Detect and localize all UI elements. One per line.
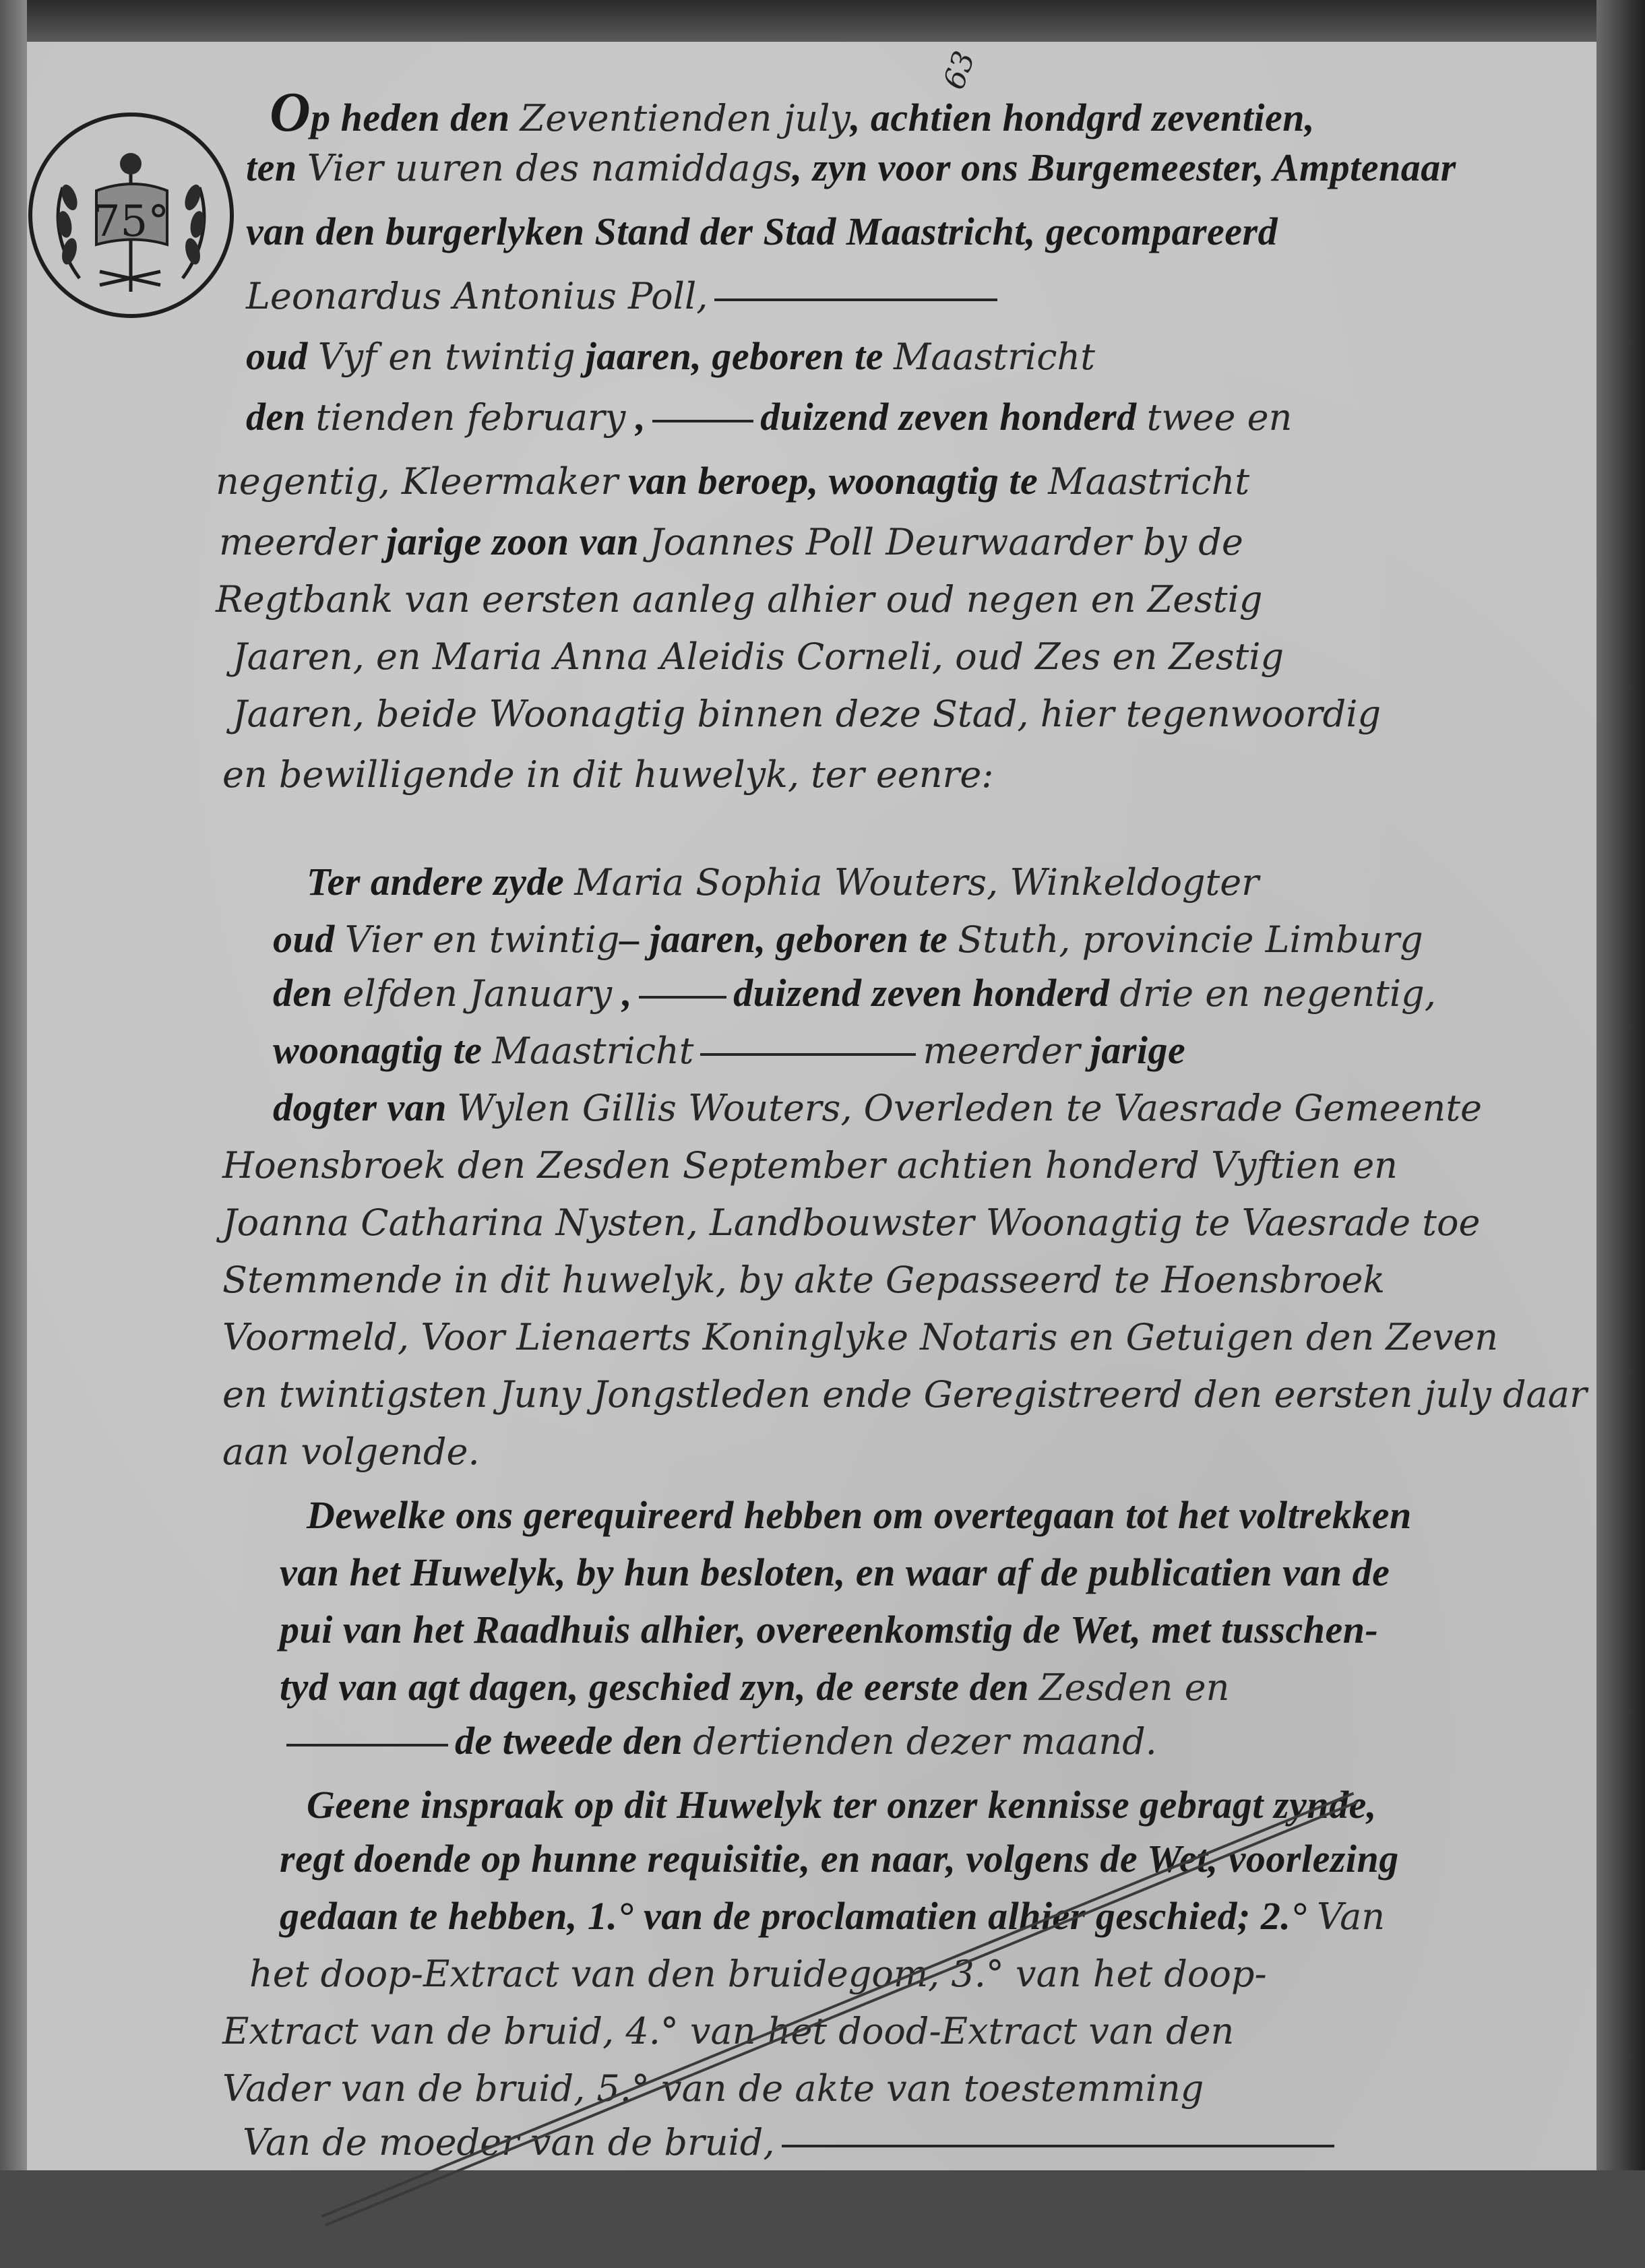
- handwritten-text: Regtbank van eersten aanleg alhier oud n…: [216, 578, 1262, 621]
- handwritten-text: het doop-Extract van den bruidegom, 3.° …: [249, 1953, 1267, 1995]
- document-line: ten Vier uuren des namiddags, zyn voor o…: [246, 148, 1456, 187]
- document-line: Extract van de bruid, 4.° van het dood-E…: [222, 2011, 1234, 2050]
- document-line: Jaaren, en Maria Anna Aleidis Corneli, o…: [232, 637, 1284, 676]
- document-line: pui van het Raadhuis alhier, overeenkoms…: [280, 1610, 1378, 1649]
- handwritten-text: meerder: [219, 521, 376, 563]
- handwritten-text: Stuth, provincie Limburg: [958, 918, 1423, 961]
- printed-text: van den burgerlyken Stand der Stad Maast…: [246, 210, 1278, 253]
- handwritten-text: Hoensbroek den Zesden September achtien …: [222, 1144, 1398, 1187]
- handwritten-text: meerder: [923, 1030, 1080, 1072]
- document-line: oud Vyf en twintig jaaren, geboren te Ma…: [246, 337, 1095, 376]
- blank-fill-rule: [700, 1053, 916, 1056]
- document-line: van den burgerlyken Stand der Stad Maast…: [246, 212, 1278, 251]
- document-line: het doop-Extract van den bruidegom, 3.° …: [249, 1954, 1267, 1993]
- document-line: Leonardus Antonius Poll,: [246, 276, 1004, 315]
- handwritten-text: Van: [1317, 1895, 1385, 1938]
- handwritten-text: tienden february: [316, 396, 626, 439]
- handwritten-text: Maastricht: [1048, 460, 1249, 503]
- handwritten-text: drie en negentig,: [1119, 972, 1435, 1015]
- handwritten-text: Voormeld, Voor Lienaerts Koninglyke Nota…: [222, 1316, 1498, 1358]
- blank-fill-rule: [639, 996, 726, 999]
- handwritten-text: Maria Sophia Wouters, Winkeldogter: [574, 861, 1259, 904]
- document-line: Jaaren, beide Woonagtig binnen deze Stad…: [232, 694, 1381, 733]
- handwritten-text: Vader van de bruid, 5.° van de akte van …: [222, 2067, 1204, 2110]
- printed-text: ,: [612, 971, 632, 1015]
- document-line: woonagtig te Maastrichtmeerder jarige: [273, 1031, 1185, 1070]
- printed-text: Dewelke ons gerequireerd hebben om overt…: [307, 1493, 1412, 1537]
- handwritten-text: Joannes Poll Deurwaarder by de: [649, 521, 1243, 563]
- handwritten-text: Vier en twintig: [345, 918, 620, 961]
- document-line: den elfden January ,duizend zeven honder…: [273, 974, 1436, 1013]
- blank-fill-rule: [714, 298, 997, 301]
- document-line: den tienden february ,duizend zeven hond…: [246, 398, 1292, 437]
- printed-text: jarige: [1080, 1028, 1186, 1072]
- document-line: aan volgende.: [222, 1432, 480, 1471]
- printed-text: pui van het Raadhuis alhier, overeenkoms…: [280, 1608, 1378, 1651]
- document-line: Regtbank van eersten aanleg alhier oud n…: [216, 579, 1262, 619]
- printed-text: ,: [625, 395, 646, 439]
- printed-text: – jaaren, geboren te: [619, 917, 958, 961]
- printed-text: Ter andere zyde: [307, 860, 574, 904]
- printed-text: jaaren, geboren te: [576, 334, 894, 378]
- document-line: Van de moeder van de bruid,: [243, 2122, 1341, 2162]
- blank-fill-rule: [782, 2145, 1334, 2147]
- handwritten-text: negentig, Kleermaker: [216, 460, 618, 503]
- document-line: Vader van de bruid, 5.° van de akte van …: [222, 2069, 1204, 2108]
- handwritten-text: Jaaren, en Maria Anna Aleidis Corneli, o…: [232, 635, 1284, 678]
- printed-text: de tweede den: [455, 1719, 693, 1763]
- document-line: dogter van Wylen Gillis Wouters, Overled…: [273, 1088, 1482, 1127]
- document-line: gedaan te hebben, 1.° van de proclamatie…: [280, 1897, 1385, 1936]
- document-line: Voormeld, Voor Lienaerts Koninglyke Nota…: [222, 1317, 1498, 1356]
- printed-text: Geene inspraak op dit Huwelyk ter onzer …: [307, 1783, 1377, 1827]
- handwritten-text: Extract van de bruid, 4.° van het dood-E…: [222, 2010, 1234, 2052]
- handwritten-text: Leonardus Antonius Poll,: [246, 275, 708, 317]
- handwritten-text: aan volgende.: [222, 1430, 480, 1473]
- document-line: meerder jarige zoon van Joannes Poll Deu…: [219, 522, 1243, 561]
- printed-text: den: [246, 395, 316, 439]
- document-line: Hoensbroek den Zesden September achtien …: [222, 1145, 1398, 1185]
- printed-text: woonagtig te: [273, 1028, 493, 1072]
- printed-text: dogter van: [273, 1085, 457, 1129]
- blank-fill-rule: [286, 1744, 448, 1746]
- handwritten-text: Maastricht: [493, 1030, 694, 1072]
- printed-text: , achtien hondgrd zeventien,: [850, 96, 1315, 139]
- document-line: en twintigsten Juny Jongstleden ende Ger…: [222, 1375, 1587, 1414]
- printed-text: gedaan te hebben, 1.° van de proclamatie…: [280, 1894, 1317, 1938]
- document-line: Op heden den Zeventienden july, achtien …: [270, 84, 1315, 141]
- printed-text: duizend zeven honderd: [733, 971, 1119, 1015]
- handwritten-text: dertienden dezer maand.: [693, 1720, 1157, 1763]
- printed-text: , zyn voor ons Burgemeester, Amptenaar: [793, 146, 1456, 189]
- handwritten-text: Joanna Catharina Nysten, Landbouwster Wo…: [222, 1201, 1480, 1244]
- document-line: Ter andere zyde Maria Sophia Wouters, Wi…: [307, 862, 1259, 902]
- scan-top-border: [0, 0, 1645, 42]
- printed-text: tyd van agt dagen, geschied zyn, de eers…: [280, 1665, 1039, 1709]
- handwritten-text: Vier uuren des namiddags: [307, 147, 793, 189]
- document-line: tyd van agt dagen, geschied zyn, de eers…: [280, 1668, 1229, 1707]
- handwritten-text: Stemmende in dit huwelyk, by akte Gepass…: [222, 1259, 1385, 1301]
- handwritten-text: Zeventienden july: [520, 97, 850, 139]
- document-line: Stemmende in dit huwelyk, by akte Gepass…: [222, 1260, 1385, 1299]
- printed-text: den: [273, 971, 343, 1015]
- document-line: de tweede den dertienden dezer maand.: [280, 1722, 1157, 1761]
- handwritten-text: Wylen Gillis Wouters, Overleden te Vaesr…: [457, 1087, 1482, 1129]
- document-line: oud Vier en twintig– jaaren, geboren te …: [273, 920, 1423, 959]
- handwritten-text: Maastricht: [894, 336, 1095, 378]
- printed-text: jarige zoon van: [376, 519, 649, 563]
- document-line: negentig, Kleermaker van beroep, woonagt…: [216, 462, 1249, 501]
- printed-text: Op heden den: [270, 96, 520, 139]
- seal-number: 75°: [93, 197, 169, 247]
- scan-right-border: [1596, 0, 1645, 2268]
- document-line: Geene inspraak op dit Huwelyk ter onzer …: [307, 1786, 1377, 1825]
- document-line: Dewelke ons gerequireerd hebben om overt…: [307, 1496, 1412, 1535]
- handwritten-text: Jaaren, beide Woonagtig binnen deze Stad…: [232, 693, 1381, 735]
- handwritten-text: en twintigsten Juny Jongstleden ende Ger…: [222, 1373, 1587, 1416]
- printed-text: oud: [273, 917, 345, 961]
- printed-text: van het Huwelyk, by hun besloten, en waa…: [280, 1550, 1390, 1594]
- blank-fill-rule: [652, 420, 753, 422]
- scan-left-border: [0, 0, 27, 2268]
- handwritten-text: Vyf en twintig: [318, 336, 576, 378]
- document-page: 75° 63 Op heden den Zeventienden july, a…: [27, 42, 1596, 2170]
- document-line: Joanna Catharina Nysten, Landbouwster Wo…: [222, 1203, 1480, 1242]
- laurel-wreath-seal-icon: 75°: [28, 113, 234, 318]
- document-line: en bewilligende in dit huwelyk, ter eenr…: [222, 755, 994, 794]
- scan-bottom-border: [0, 2170, 1645, 2268]
- printed-text: van beroep, woonagtig te: [618, 459, 1048, 503]
- handwritten-text: elfden January: [343, 972, 613, 1015]
- handwritten-text: twee en: [1147, 396, 1293, 439]
- printed-text: ten: [246, 146, 307, 189]
- printed-text: duizend zeven honderd: [760, 395, 1146, 439]
- printed-text: oud: [246, 334, 318, 378]
- document-line: van het Huwelyk, by hun besloten, en waa…: [280, 1553, 1390, 1592]
- handwritten-text: en bewilligende in dit huwelyk, ter eenr…: [222, 753, 994, 796]
- handwritten-text: Zesden en: [1039, 1666, 1229, 1709]
